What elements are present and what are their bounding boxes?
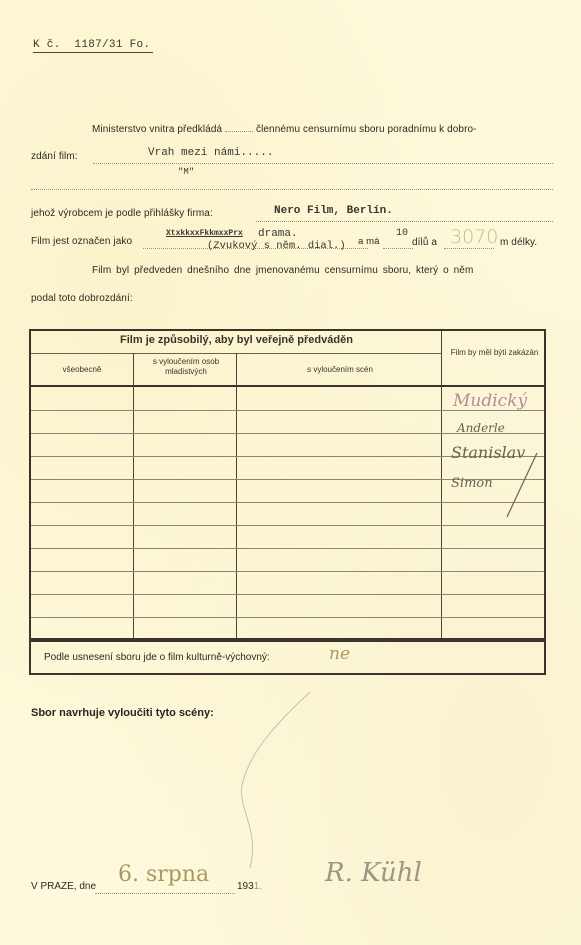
col-divider (441, 331, 442, 638)
ban-signature-1: Mudický (453, 391, 527, 411)
film-subtitle-line (31, 189, 553, 190)
reference-value: 1187/31 Fo. (74, 39, 150, 51)
col-divider (236, 353, 237, 638)
parts-label: dílů a (412, 237, 437, 248)
parts-line (383, 248, 413, 249)
producer-label: jehož výrobcem je podle přihlášky firma: (31, 208, 213, 219)
length-line (444, 248, 494, 249)
producer-value: Nero Film, Berlín. (274, 205, 393, 217)
intro-film-label: zdání film: (31, 151, 78, 162)
reference-number: K č. 1187/31 Fo. (33, 39, 153, 53)
film-title: Vrah mezi námi..... (148, 147, 273, 159)
cultural-value: ne (329, 644, 350, 664)
verdict-table: Film je způsobilý, aby byl veřejně předv… (29, 329, 546, 640)
designation-note: (Zvukový s něm. dial.) (207, 240, 346, 252)
date-day: 6. srpna (118, 862, 209, 887)
cultural-label: Podle usnesení sboru jde o film kulturně… (44, 652, 270, 663)
ban-signature-4: Simon (451, 476, 493, 491)
screening-line1: Film byl předveden dnešního dne jmenovan… (92, 265, 473, 276)
pencil-stroke-icon (220, 690, 340, 870)
reference-label: K č. (33, 39, 61, 51)
row-line (31, 594, 544, 595)
row-line (31, 571, 544, 572)
slash-mark-icon (501, 451, 541, 521)
designation-label: Film jest označen jako (31, 236, 132, 247)
film-title-line (93, 163, 553, 164)
scenes-label: Sbor navrhuje vyloučiti tyto scény: (31, 707, 214, 719)
signoff-place: V PRAZE, dne (31, 881, 96, 892)
col-header-ban: Film by měl býti zakázán (443, 347, 546, 358)
col-header-scenes: s vyloučením scén (238, 365, 442, 374)
row-line (31, 617, 544, 618)
producer-line (256, 221, 553, 222)
col-header-youth: s vyloučením osob mladistvých (135, 357, 237, 377)
table-main-header: Film je způsobilý, aby byl veřejně předv… (31, 334, 442, 346)
parts-count: 10 (396, 228, 408, 239)
intro-line1: Ministerstvo vnitra předkládá člennému c… (92, 124, 477, 135)
col-divider (133, 353, 134, 638)
signature: R. Kühl (325, 858, 422, 888)
date-line (95, 893, 235, 894)
intro-blank (225, 131, 253, 132)
film-subtitle: "M" (178, 167, 194, 177)
row-line (31, 525, 544, 526)
ban-signature-2: Anderle (457, 421, 505, 435)
struck-text: XtxkkxxFkkmxxPrx (166, 229, 243, 238)
screening-line2: podal toto dobrozdání: (31, 293, 133, 304)
has-label: a má (358, 236, 380, 247)
length-value: 3070 (450, 226, 498, 248)
genre: drama. (258, 228, 298, 240)
col-header-general: všeobecně (31, 365, 133, 374)
length-label: m délky. (500, 237, 537, 248)
row-line (31, 502, 544, 503)
row-line (31, 548, 544, 549)
cultural-box: Podle usnesení sboru jde o film kulturně… (29, 640, 546, 675)
header-bottom-rule (31, 385, 544, 387)
signoff-year: 1931. (237, 881, 262, 892)
